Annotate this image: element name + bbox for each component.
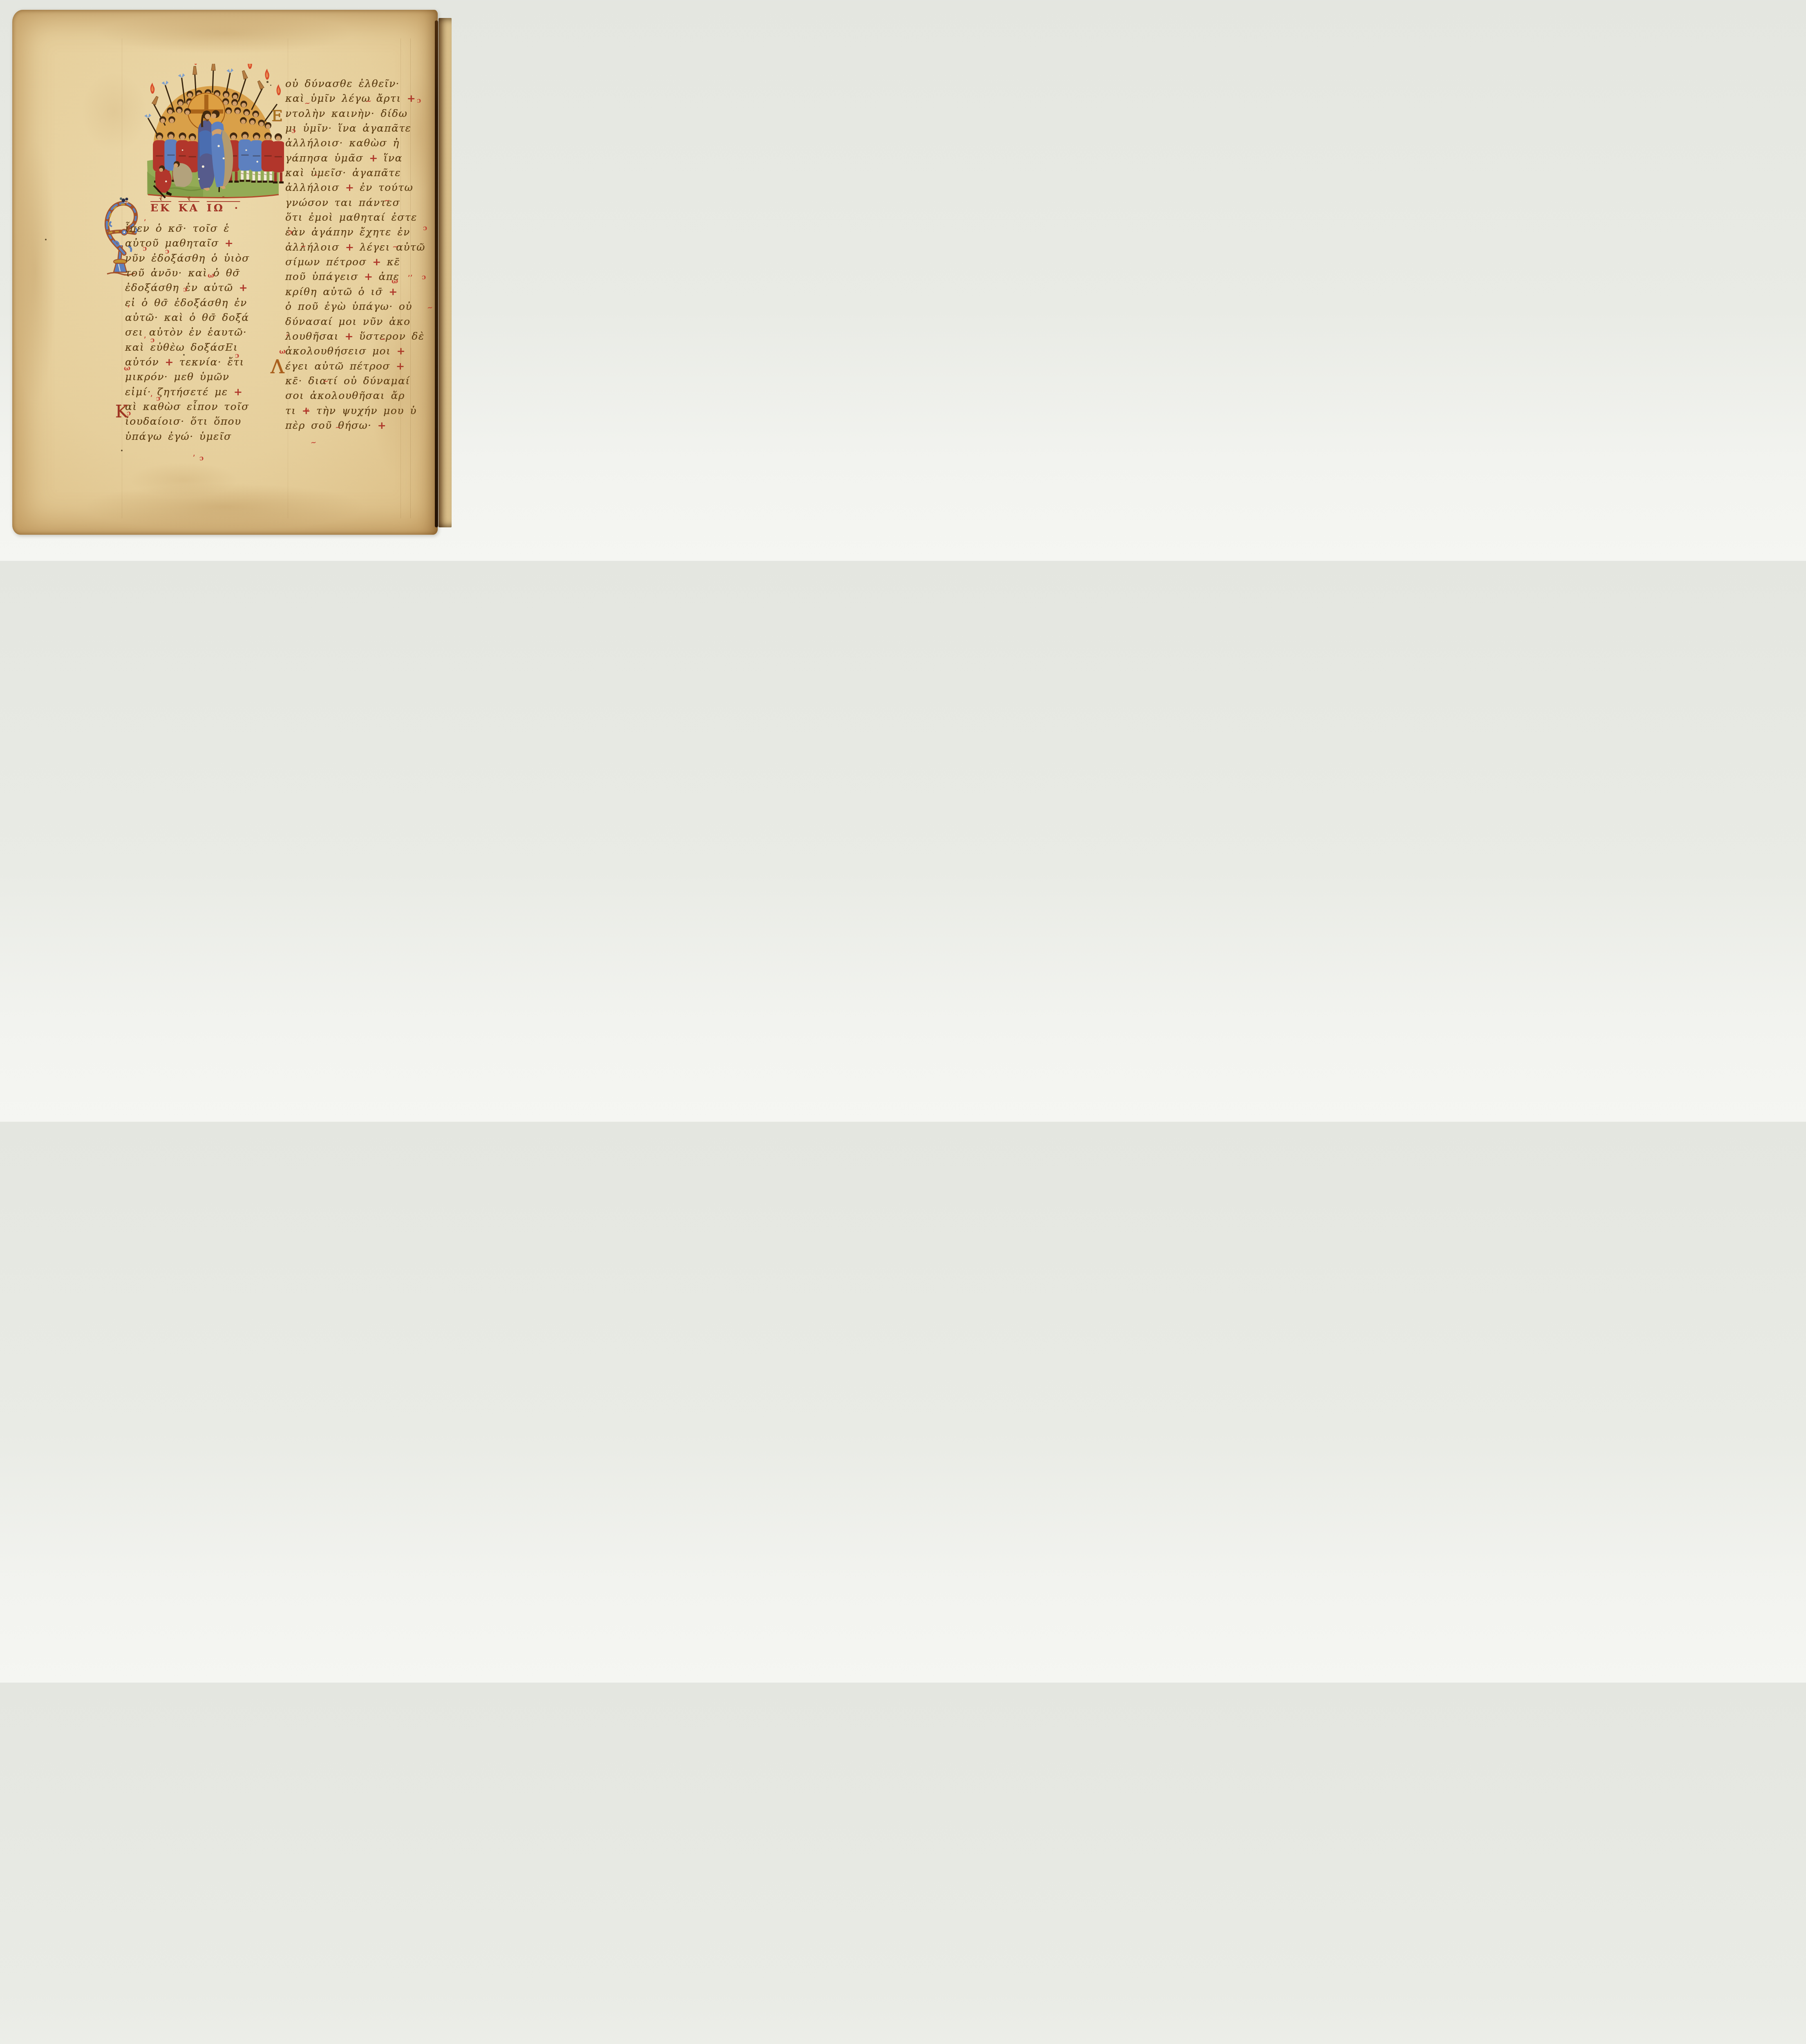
ekphonetic-mark: ω bbox=[207, 272, 215, 280]
text-line: εἰ ὁ θσ̄ ἐδοξάσθη ἐν bbox=[125, 297, 266, 312]
ekphonetic-mark: ɔ bbox=[291, 128, 296, 135]
text-line: γάπησα ὑμᾶσ + ἵνα bbox=[285, 152, 428, 167]
text-line: ἰουδαίοισ· ὅτι ὅπου bbox=[125, 415, 266, 430]
ekphonetic-mark: ~ bbox=[322, 378, 329, 385]
text-line: ἀκολουθήσεισ μοι + bbox=[285, 345, 428, 360]
ink-speck bbox=[121, 450, 123, 451]
text-line: κρίθη αὐτῶ ὁ ισ̄ + bbox=[285, 286, 428, 300]
text-line: ὅτι ἐμοὶ μαθηταί ἐστε bbox=[285, 211, 428, 226]
text-line: αὐτῶ· καὶ ὁ θσ̄ δοξά bbox=[125, 312, 266, 326]
text-line: ποῦ ὑπάγεισ + ἀπε bbox=[285, 271, 428, 285]
text-line: πὲρ σοῦ θήσω· + bbox=[285, 419, 428, 434]
text-line: αὶ καθὼσ εἶπον τοῖσ bbox=[125, 401, 266, 415]
text-line: τοῦ ἀνο̄υ· καὶ ὁ θσ̄ bbox=[125, 267, 266, 282]
text-line: ἐδοξάσθη ἐν αὐτῶ + bbox=[125, 282, 266, 296]
ekphonetic-mark: ~ bbox=[310, 439, 317, 446]
right-column: οὐ δύνασθε ἐλθεῖν·καὶ ὑμῖν λέγω ἄρτι +ντ… bbox=[285, 78, 428, 434]
text-line: κε̄· διατί οὐ δύναμαί bbox=[285, 375, 428, 390]
parchment-stain bbox=[41, 5, 409, 62]
miniature-betrayal-of-christ bbox=[141, 64, 284, 199]
text-line: ὑπάγω ἐγώ· ὑμεῖσ bbox=[125, 430, 266, 445]
text-line: ἀλλήλοισ + ἐν τούτω bbox=[285, 182, 428, 196]
text-line: ἀλλήλοισ· καθὼσ ἠ bbox=[285, 137, 428, 152]
ekphonetic-mark: ~ bbox=[335, 424, 341, 431]
text-line: ὁ ποῦ ἐγὼ ὑπάγω· οὐ bbox=[285, 300, 428, 315]
text-line: αὐτόν + τεκνία· ἔτι bbox=[125, 356, 266, 371]
ekphonetic-mark: ~ bbox=[380, 336, 386, 343]
ekphonetic-mark: ~ bbox=[392, 243, 398, 251]
left-column: ἶπεν ὁ κσ̄· τοῖσ ἑαὐτοῦ μαθηταῖσ +νῦν ἐδ… bbox=[125, 222, 266, 445]
initial-lambda: Λ bbox=[271, 357, 284, 376]
miniature-illustration bbox=[141, 64, 284, 199]
text-line: οὐ δύνασθε ἐλθεῖν· bbox=[285, 78, 428, 92]
rubric-header: τ̂ΕΚτ̂ΚΑ˜ΙΩ · bbox=[150, 202, 273, 214]
ekphonetic-mark: ʼʼ bbox=[304, 408, 310, 416]
text-line: καὶ ὑμεῖσ· ἀγαπᾶτε bbox=[285, 167, 428, 182]
header-token: τ̂ΕΚ bbox=[150, 202, 171, 214]
header-token: τ̂ΚΑ bbox=[179, 202, 199, 214]
text-line: εἰμί· ζητήσετέ με + bbox=[125, 386, 266, 401]
ekphonetic-mark: ω bbox=[279, 348, 286, 356]
ekphonetic-mark: ɔ bbox=[150, 337, 155, 344]
text-line: έγει αὐτῶ πέτροσ + bbox=[285, 360, 428, 375]
ekphonetic-mark: ɔ bbox=[165, 248, 170, 255]
text-line: μι ὑμῖν· ἵνα ἀγαπᾶτε bbox=[285, 122, 428, 137]
ekphonetic-mark: ɔ bbox=[156, 395, 161, 403]
manuscript-page: τ̂ΕΚτ̂ΚΑ˜ΙΩ · ἶπεν ὁ κσ̄· τοῖσ ἑαὐτοῦ μα… bbox=[12, 10, 438, 535]
ekphonetic-mark: ɔ bbox=[421, 274, 426, 281]
ekphonetic-mark: ɔ bbox=[235, 352, 239, 360]
ekphonetic-mark: ɔ bbox=[199, 455, 204, 462]
text-line: μικρόν· μεθ ὑμῶν bbox=[125, 371, 266, 385]
ekphonetic-mark: ɔ bbox=[142, 245, 147, 253]
ekphonetic-mark: ~ bbox=[300, 243, 307, 250]
ekphonetic-mark: ɔ bbox=[183, 286, 188, 294]
ekphonetic-mark: ω bbox=[391, 278, 398, 285]
parchment-stain bbox=[4, 83, 66, 459]
header-token: ˜ΙΩ · bbox=[207, 202, 240, 214]
text-line: νῦν ἐδοξάσθη ὁ ὑιὸσ bbox=[125, 252, 266, 267]
ekphonetic-mark: ~ bbox=[365, 98, 372, 105]
parchment-stain bbox=[25, 474, 425, 539]
ekphonetic-mark: ɔ bbox=[416, 97, 421, 105]
ekphonetic-mark: ʼ bbox=[192, 455, 196, 462]
ekphonetic-mark: ~ bbox=[304, 100, 311, 107]
text-line: σίμων πέτροσ + κε̄ bbox=[285, 256, 428, 271]
ekphonetic-mark: ɔ bbox=[423, 225, 427, 232]
text-line: ἀλλήλοισ + λέγει αὐτῶ bbox=[285, 241, 428, 256]
text-line: ἐὰν ἀγάπην ἔχητε ἐν bbox=[285, 226, 428, 241]
ekphonetic-mark: ʼʼ bbox=[407, 274, 413, 282]
text-line: γνώσον ται πάντεσ bbox=[285, 197, 428, 211]
ekphonetic-mark: ~ bbox=[427, 304, 433, 312]
ekphonetic-mark: ʼ bbox=[143, 219, 147, 226]
binding-gutter bbox=[435, 20, 438, 527]
text-line: δύνασαί μοι νῦν ἀκο bbox=[285, 316, 428, 330]
ekphonetic-mark: ω bbox=[123, 365, 131, 372]
ekphonetic-mark: ~ bbox=[384, 197, 390, 204]
ink-speck bbox=[45, 239, 47, 240]
facing-page-edge bbox=[439, 18, 452, 527]
parchment-stain bbox=[106, 455, 262, 504]
text-line: λουθῆσαι + ὕστερον δὲ bbox=[285, 330, 428, 345]
text-line: ντολὴν καινὴν· δίδω bbox=[285, 108, 428, 122]
ekphonetic-mark: ɔ bbox=[126, 410, 131, 417]
ekphonetic-mark: ɔ bbox=[288, 229, 293, 236]
text-line: σοι ἀκολουθῆσαι ἄρ bbox=[285, 390, 428, 404]
initial-epsilon-small: Ε bbox=[271, 108, 283, 123]
